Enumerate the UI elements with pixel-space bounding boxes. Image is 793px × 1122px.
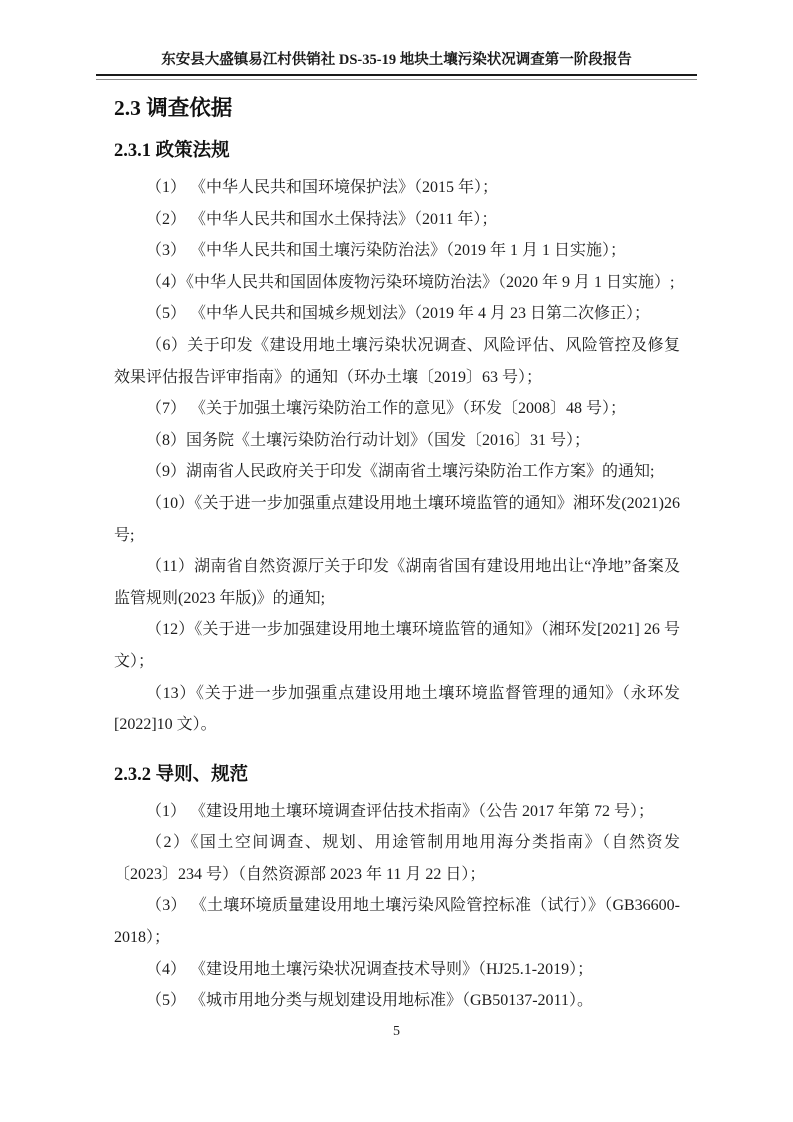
reference-item: （3） 《土壤环境质量建设用地土壤污染风险管控标准（试行）》（GB36600-2… <box>114 890 680 953</box>
guideline-reference-list: （1） 《建设用地土壤环境调查评估技术指南》（公告 2017 年第 72 号）；… <box>114 796 680 1017</box>
reference-item: （11）湖南省自然资源厅关于印发《湖南省国有建设用地出让“净地”备案及监管规则(… <box>114 551 680 614</box>
reference-item: （12）《关于进一步加强建设用地土壤环境监管的通知》（湘环发[2021] 26 … <box>114 614 680 677</box>
page-number: 5 <box>393 1024 400 1039</box>
reference-item: （5） 《城市用地分类与规划建设用地标准》（GB50137-2011）。 <box>114 985 680 1017</box>
header-divider <box>96 74 697 80</box>
page-content: 2.3 调查依据 2.3.1 政策法规 （1） 《中华人民共和国环境保护法》（2… <box>0 96 793 1017</box>
reference-item: （5） 《中华人民共和国城乡规划法》（2019 年 4 月 23 日第二次修正）… <box>114 298 680 330</box>
reference-item: （1） 《建设用地土壤环境调查评估技术指南》（公告 2017 年第 72 号）； <box>114 796 680 828</box>
reference-item: （4） 《建设用地土壤污染状况调查技术导则》（HJ25.1-2019）； <box>114 954 680 986</box>
subsection-title-policies: 2.3.1 政策法规 <box>114 141 680 162</box>
reference-item: （2）《国土空间调查、规划、用途管制用地用海分类指南》（自然资发〔2023〕23… <box>114 827 680 890</box>
policy-reference-list: （1） 《中华人民共和国环境保护法》（2015 年）； （2） 《中华人民共和国… <box>114 172 680 741</box>
reference-item: （13）《关于进一步加强重点建设用地土壤环境监督管理的通知》（永环发[2022]… <box>114 678 680 741</box>
reference-item: （7） 《关于加强土壤污染防治工作的意见》（环发〔2008〕48 号）； <box>114 393 680 425</box>
reference-item: （2） 《中华人民共和国水土保持法》（2011 年）； <box>114 204 680 236</box>
reference-item: （9）湖南省人民政府关于印发《湖南省土壤污染防治工作方案》的通知; <box>114 456 680 488</box>
page-footer: 5 <box>0 1024 793 1040</box>
reference-item: （4）《中华人民共和国固体废物污染环境防治法》（2020 年 9 月 1 日实施… <box>114 267 680 299</box>
document-page: 东安县大盛镇易江村供销社 DS-35-19 地块土壤污染状况调查第一阶段报告 2… <box>0 0 793 1122</box>
subsection-title-guidelines: 2.3.2 导则、规范 <box>114 765 680 786</box>
reference-item: （8）国务院《土壤污染防治行动计划》（国发〔2016〕31 号）； <box>114 425 680 457</box>
reference-item: （10）《关于进一步加强重点建设用地土壤环境监管的通知》湘环发(2021)26 … <box>114 488 680 551</box>
page-header: 东安县大盛镇易江村供销社 DS-35-19 地块土壤污染状况调查第一阶段报告 <box>0 0 793 69</box>
page-header-title: 东安县大盛镇易江村供销社 DS-35-19 地块土壤污染状况调查第一阶段报告 <box>161 52 631 68</box>
reference-item: （3） 《中华人民共和国土壤污染防治法》（2019 年 1 月 1 日实施）； <box>114 235 680 267</box>
reference-item: （1） 《中华人民共和国环境保护法》（2015 年）； <box>114 172 680 204</box>
section-title: 2.3 调查依据 <box>114 96 680 120</box>
reference-item: （6）关于印发《建设用地土壤污染状况调查、风险评估、风险管控及修复效果评估报告评… <box>114 330 680 393</box>
